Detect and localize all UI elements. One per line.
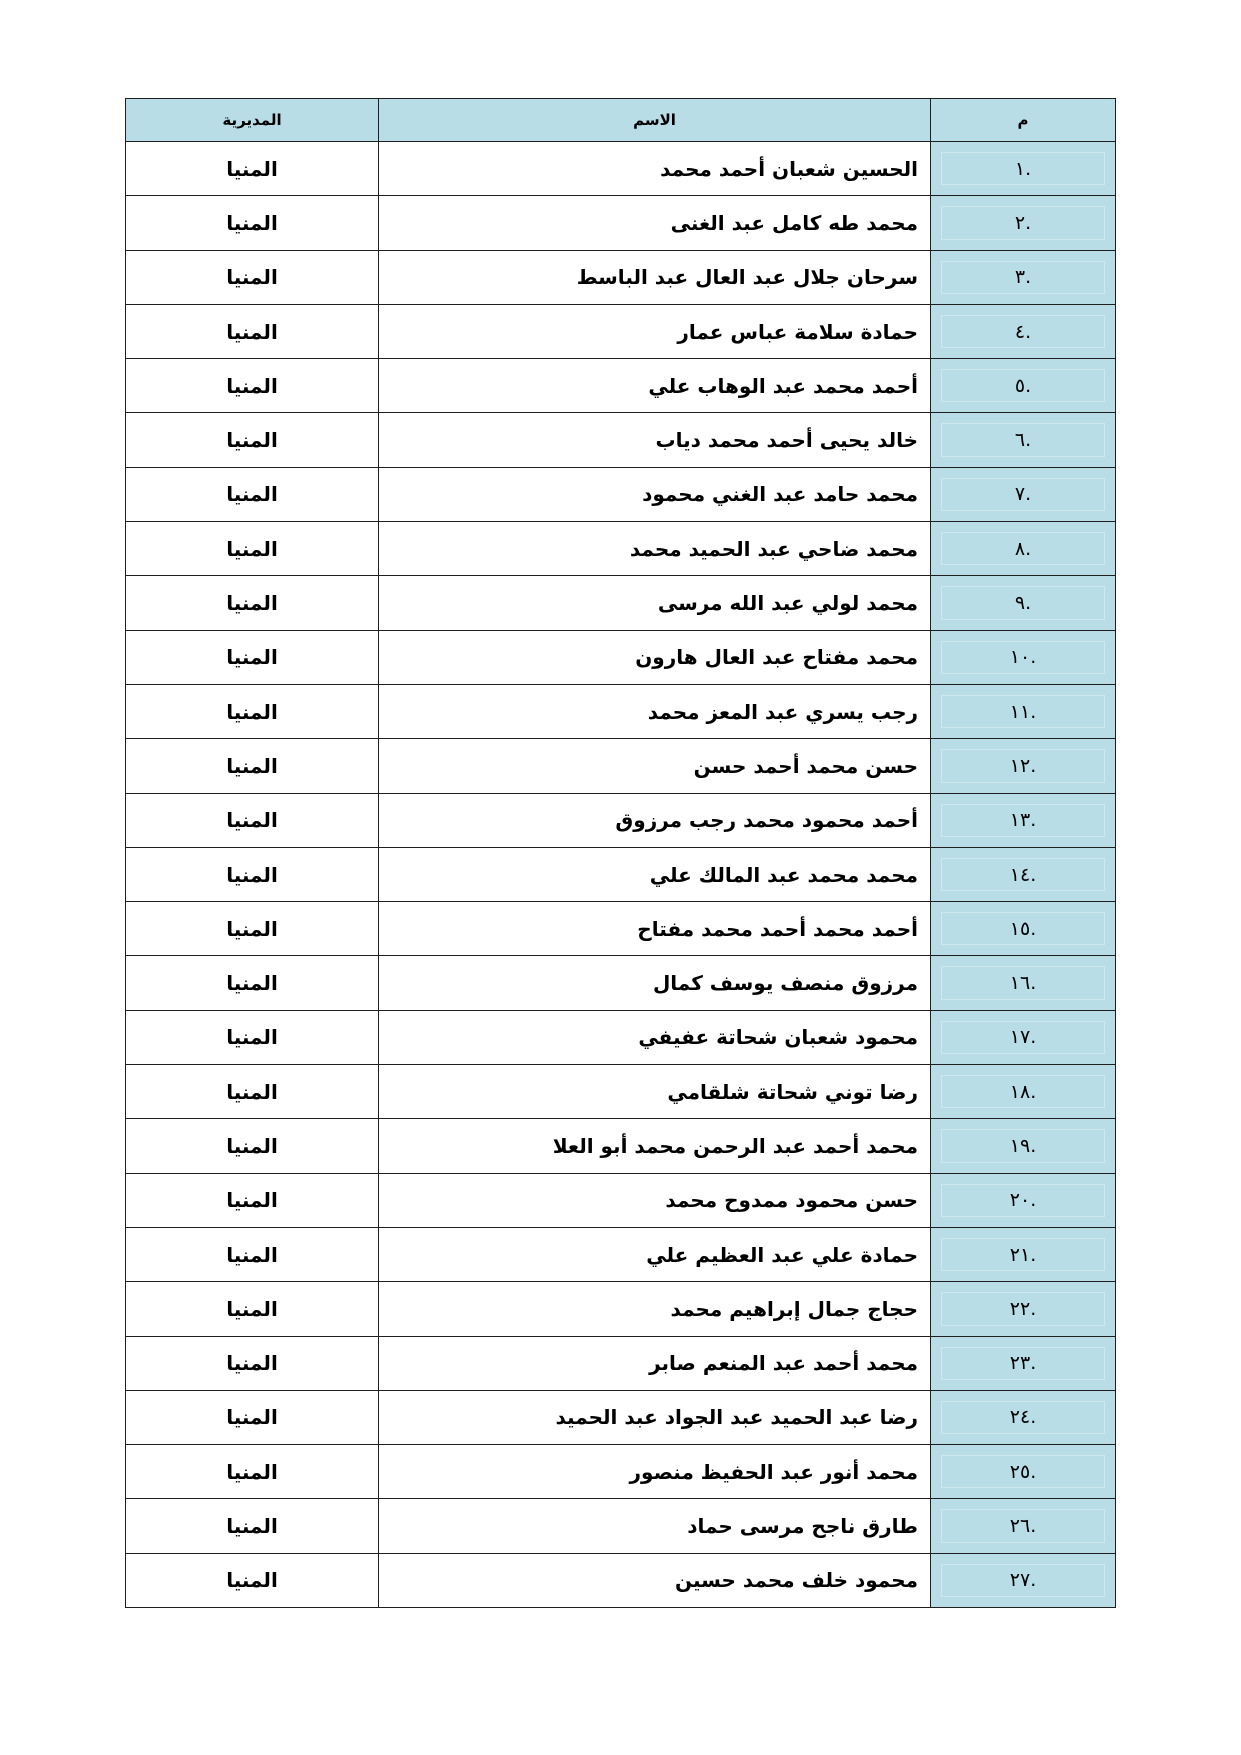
row-name: حمادة سلامة عباس عمار (379, 304, 931, 358)
table-row: .٢٠حسن محمود ممدوح محمدالمنيا (126, 1173, 1116, 1227)
row-name: أحمد محمود محمد رجب مرزوق (379, 793, 931, 847)
header-directorate: المديرية (126, 99, 379, 142)
row-directorate: المنيا (126, 902, 379, 956)
row-directorate: المنيا (126, 467, 379, 521)
row-directorate: المنيا (126, 1336, 379, 1390)
table-row: .٢٤رضا عبد الحميد عبد الجواد عبد الحميدا… (126, 1390, 1116, 1444)
row-name: سرحان جلال عبد العال عبد الباسط (379, 250, 931, 304)
table-row: .١الحسين شعبان أحمد محمدالمنيا (126, 142, 1116, 196)
row-name: محمد أحمد عبد المنعم صابر (379, 1336, 931, 1390)
row-name: محمد طه كامل عبد الغنى (379, 196, 931, 250)
table-row: .٨محمد ضاحي عبد الحميد محمدالمنيا (126, 522, 1116, 576)
row-directorate: المنيا (126, 1065, 379, 1119)
row-directorate: المنيا (126, 793, 379, 847)
table-row: .١٣أحمد محمود محمد رجب مرزوقالمنيا (126, 793, 1116, 847)
table-row: .١٠محمد مفتاح عبد العال هارونالمنيا (126, 630, 1116, 684)
row-number: .٢٠ (931, 1173, 1116, 1227)
names-table: م الاسم المديرية .١الحسين شعبان أحمد محم… (125, 98, 1116, 1608)
row-name: طارق ناجح مرسى حماد (379, 1499, 931, 1553)
row-name: رجب يسري عبد المعز محمد (379, 684, 931, 738)
row-number: .١٨ (931, 1065, 1116, 1119)
row-directorate: المنيا (126, 1445, 379, 1499)
row-directorate: المنيا (126, 1553, 379, 1607)
row-name: رضا توني شحاتة شلقامي (379, 1065, 931, 1119)
row-directorate: المنيا (126, 1282, 379, 1336)
row-directorate: المنيا (126, 956, 379, 1010)
row-number: .١٩ (931, 1119, 1116, 1173)
row-number: .١١ (931, 684, 1116, 738)
row-directorate: المنيا (126, 196, 379, 250)
row-directorate: المنيا (126, 359, 379, 413)
table-row: .٢٣محمد أحمد عبد المنعم صابرالمنيا (126, 1336, 1116, 1390)
row-name: حسن محمود ممدوح محمد (379, 1173, 931, 1227)
table-body: .١الحسين شعبان أحمد محمدالمنيا.٢محمد طه … (126, 142, 1116, 1608)
header-row: م الاسم المديرية (126, 99, 1116, 142)
row-number: .٢١ (931, 1227, 1116, 1281)
row-directorate: المنيا (126, 413, 379, 467)
table-row: .٦خالد يحيى أحمد محمد ديابالمنيا (126, 413, 1116, 467)
row-number: .١٣ (931, 793, 1116, 847)
row-name: محمد محمد عبد المالك علي (379, 847, 931, 901)
row-name: محمد حامد عبد الغني محمود (379, 467, 931, 521)
row-number: .٣ (931, 250, 1116, 304)
row-number: .٤ (931, 304, 1116, 358)
table-row: .١٢حسن محمد أحمد حسنالمنيا (126, 739, 1116, 793)
table-row: .٣سرحان جلال عبد العال عبد الباسطالمنيا (126, 250, 1116, 304)
row-name: الحسين شعبان أحمد محمد (379, 142, 931, 196)
row-directorate: المنيا (126, 576, 379, 630)
row-directorate: المنيا (126, 1173, 379, 1227)
row-number: .٢٦ (931, 1499, 1116, 1553)
row-name: حسن محمد أحمد حسن (379, 739, 931, 793)
table-row: .٢٥محمد أنور عبد الحفيظ منصورالمنيا (126, 1445, 1116, 1499)
table-row: .٢١حمادة علي عبد العظيم عليالمنيا (126, 1227, 1116, 1281)
table-row: .٤حمادة سلامة عباس عمارالمنيا (126, 304, 1116, 358)
row-name: حمادة علي عبد العظيم علي (379, 1227, 931, 1281)
row-number: .١٤ (931, 847, 1116, 901)
row-number: .٩ (931, 576, 1116, 630)
table-row: .٢٦طارق ناجح مرسى حمادالمنيا (126, 1499, 1116, 1553)
row-directorate: المنيا (126, 304, 379, 358)
row-number: .٢ (931, 196, 1116, 250)
row-number: .٢٣ (931, 1336, 1116, 1390)
row-name: حجاج جمال إبراهيم محمد (379, 1282, 931, 1336)
row-directorate: المنيا (126, 630, 379, 684)
row-name: محمد أحمد عبد الرحمن محمد أبو العلا (379, 1119, 931, 1173)
row-directorate: المنيا (126, 522, 379, 576)
row-name: أحمد محمد أحمد محمد مفتاح (379, 902, 931, 956)
table-row: .٧محمد حامد عبد الغني محمودالمنيا (126, 467, 1116, 521)
row-name: أحمد محمد عبد الوهاب علي (379, 359, 931, 413)
table-row: .٢٢حجاج جمال إبراهيم محمدالمنيا (126, 1282, 1116, 1336)
row-directorate: المنيا (126, 1227, 379, 1281)
row-number: .٥ (931, 359, 1116, 413)
table-row: .٢٧محمود خلف محمد حسينالمنيا (126, 1553, 1116, 1607)
row-number: .٢٧ (931, 1553, 1116, 1607)
row-name: محمود خلف محمد حسين (379, 1553, 931, 1607)
row-number: .١٦ (931, 956, 1116, 1010)
row-number: .٦ (931, 413, 1116, 467)
row-name: محمد لولي عبد الله مرسى (379, 576, 931, 630)
row-number: .٢٥ (931, 1445, 1116, 1499)
row-directorate: المنيا (126, 142, 379, 196)
table-row: .١١رجب يسري عبد المعز محمدالمنيا (126, 684, 1116, 738)
row-name: محمد ضاحي عبد الحميد محمد (379, 522, 931, 576)
row-directorate: المنيا (126, 250, 379, 304)
row-name: خالد يحيى أحمد محمد دياب (379, 413, 931, 467)
header-name: الاسم (379, 99, 931, 142)
row-directorate: المنيا (126, 1119, 379, 1173)
row-number: .٧ (931, 467, 1116, 521)
row-name: رضا عبد الحميد عبد الجواد عبد الحميد (379, 1390, 931, 1444)
table-row: .١٩محمد أحمد عبد الرحمن محمد أبو العلاال… (126, 1119, 1116, 1173)
row-number: .٢٤ (931, 1390, 1116, 1444)
table-row: .١٤محمد محمد عبد المالك عليالمنيا (126, 847, 1116, 901)
header-num: م (931, 99, 1116, 142)
row-number: .٨ (931, 522, 1116, 576)
row-directorate: المنيا (126, 1499, 379, 1553)
row-directorate: المنيا (126, 684, 379, 738)
row-name: محمود شعبان شحاتة عفيفي (379, 1010, 931, 1064)
table-row: .٥أحمد محمد عبد الوهاب عليالمنيا (126, 359, 1116, 413)
row-directorate: المنيا (126, 739, 379, 793)
row-number: .١٠ (931, 630, 1116, 684)
row-number: .١ (931, 142, 1116, 196)
row-number: .١٢ (931, 739, 1116, 793)
row-directorate: المنيا (126, 1010, 379, 1064)
table-row: .١٨رضا توني شحاتة شلقاميالمنيا (126, 1065, 1116, 1119)
table-row: .٢محمد طه كامل عبد الغنىالمنيا (126, 196, 1116, 250)
row-name: محمد أنور عبد الحفيظ منصور (379, 1445, 931, 1499)
row-number: .٢٢ (931, 1282, 1116, 1336)
row-number: .١٧ (931, 1010, 1116, 1064)
table-row: .١٦مرزوق منصف يوسف كمالالمنيا (126, 956, 1116, 1010)
row-number: .١٥ (931, 902, 1116, 956)
row-name: محمد مفتاح عبد العال هارون (379, 630, 931, 684)
table-row: .١٧محمود شعبان شحاتة عفيفيالمنيا (126, 1010, 1116, 1064)
row-directorate: المنيا (126, 1390, 379, 1444)
row-directorate: المنيا (126, 847, 379, 901)
row-name: مرزوق منصف يوسف كمال (379, 956, 931, 1010)
table-row: .٩محمد لولي عبد الله مرسىالمنيا (126, 576, 1116, 630)
table-row: .١٥أحمد محمد أحمد محمد مفتاحالمنيا (126, 902, 1116, 956)
